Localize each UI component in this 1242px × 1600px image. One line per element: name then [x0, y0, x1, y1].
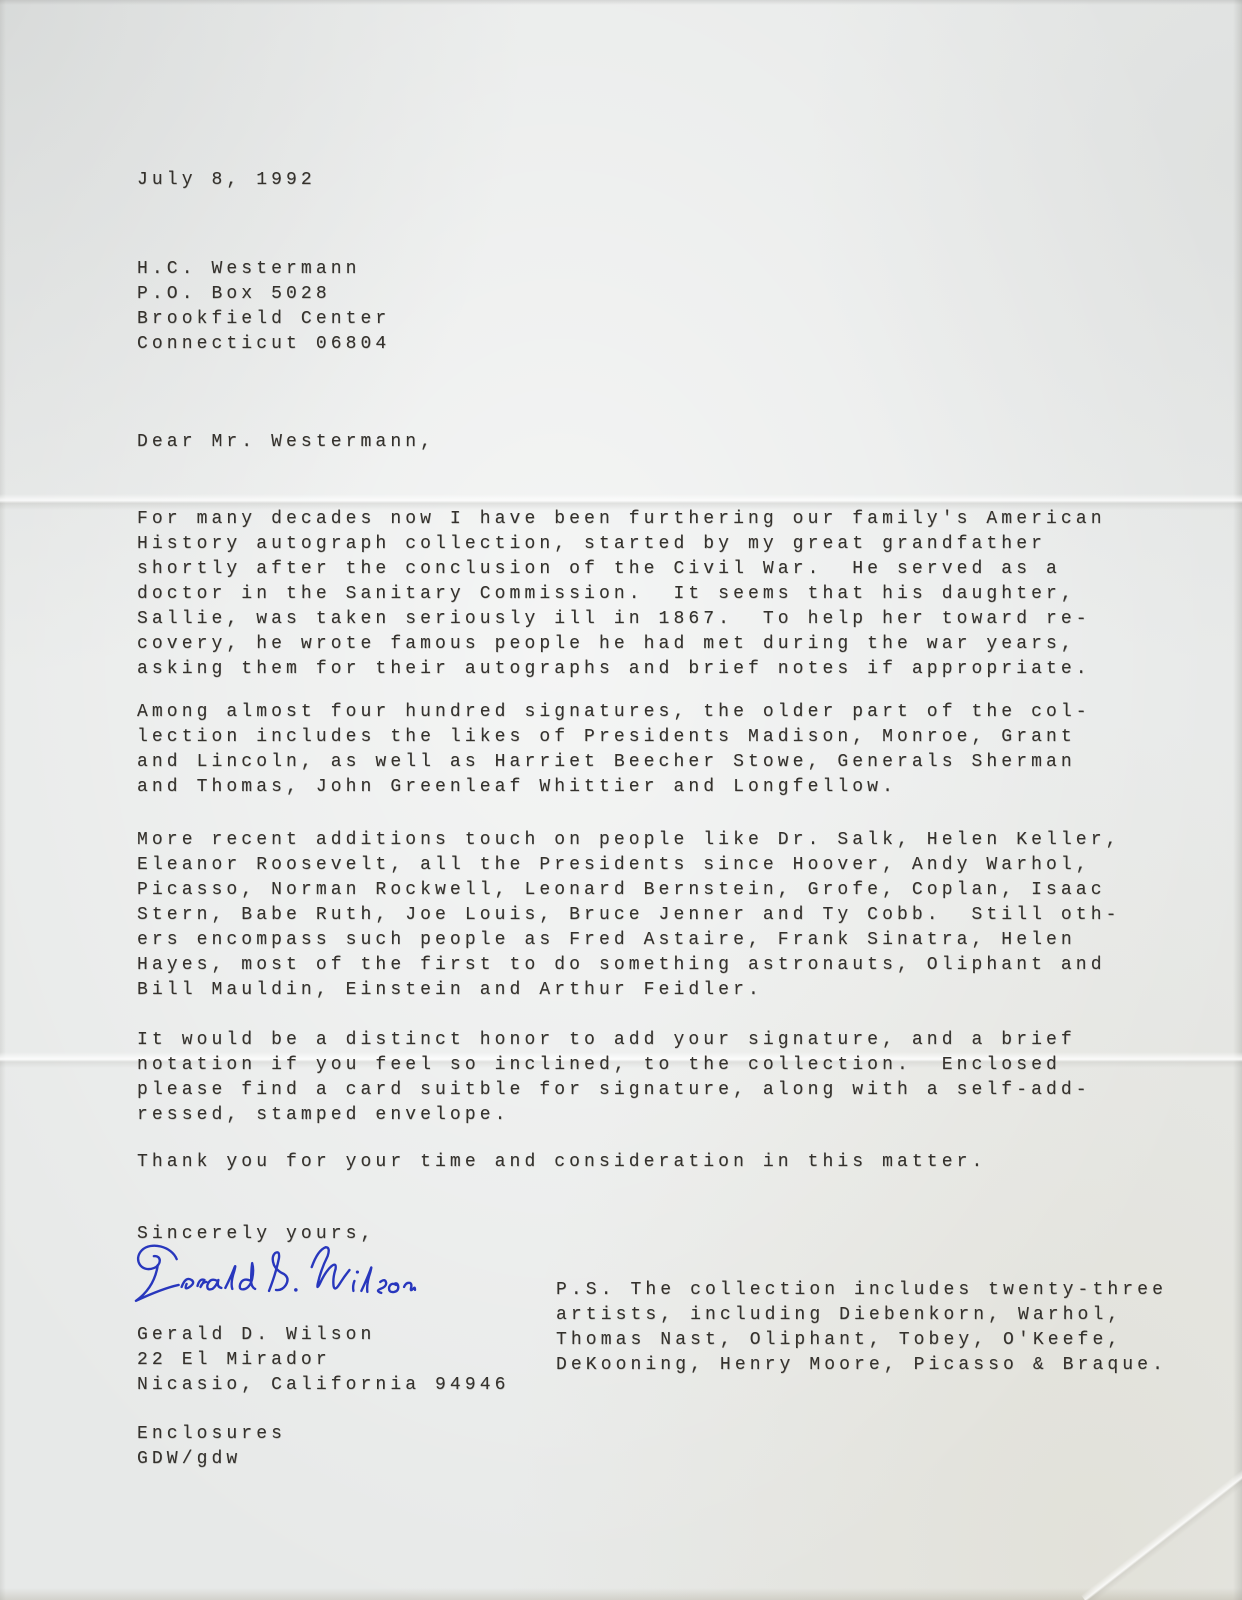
paper-edge-shading: [0, 1588, 1242, 1600]
postscript: P.S. The collection includes twenty-thre…: [556, 1278, 1167, 1378]
paper-edge-shading: [0, 0, 1242, 5]
body-paragraph-3: More recent additions touch on people li…: [137, 828, 1121, 1003]
paper-edge-shading: [0, 0, 6, 1600]
paper-corner-crease: [1081, 1460, 1242, 1600]
body-paragraph-thanks: Thank you for your time and consideratio…: [137, 1150, 986, 1175]
salutation: Dear Mr. Westermann,: [137, 430, 435, 455]
signature-handwriting-icon: [129, 1239, 417, 1317]
letter-date: July 8, 1992: [137, 168, 316, 193]
letter-page: July 8, 1992 H.C. Westermann P.O. Box 50…: [0, 0, 1242, 1600]
sender-address: Gerald D. Wilson 22 El Mirador Nicasio, …: [137, 1323, 510, 1398]
paper-edge-shading: [1233, 0, 1242, 1600]
enclosures-notation: Enclosures GDW/gdw: [137, 1422, 286, 1472]
body-paragraph-4: It would be a distinct honor to add your…: [137, 1028, 1091, 1128]
recipient-address: H.C. Westermann P.O. Box 5028 Brookfield…: [137, 257, 390, 357]
body-paragraph-1: For many decades now I have been further…: [137, 507, 1106, 682]
body-paragraph-2: Among almost four hundred signatures, th…: [137, 700, 1091, 800]
